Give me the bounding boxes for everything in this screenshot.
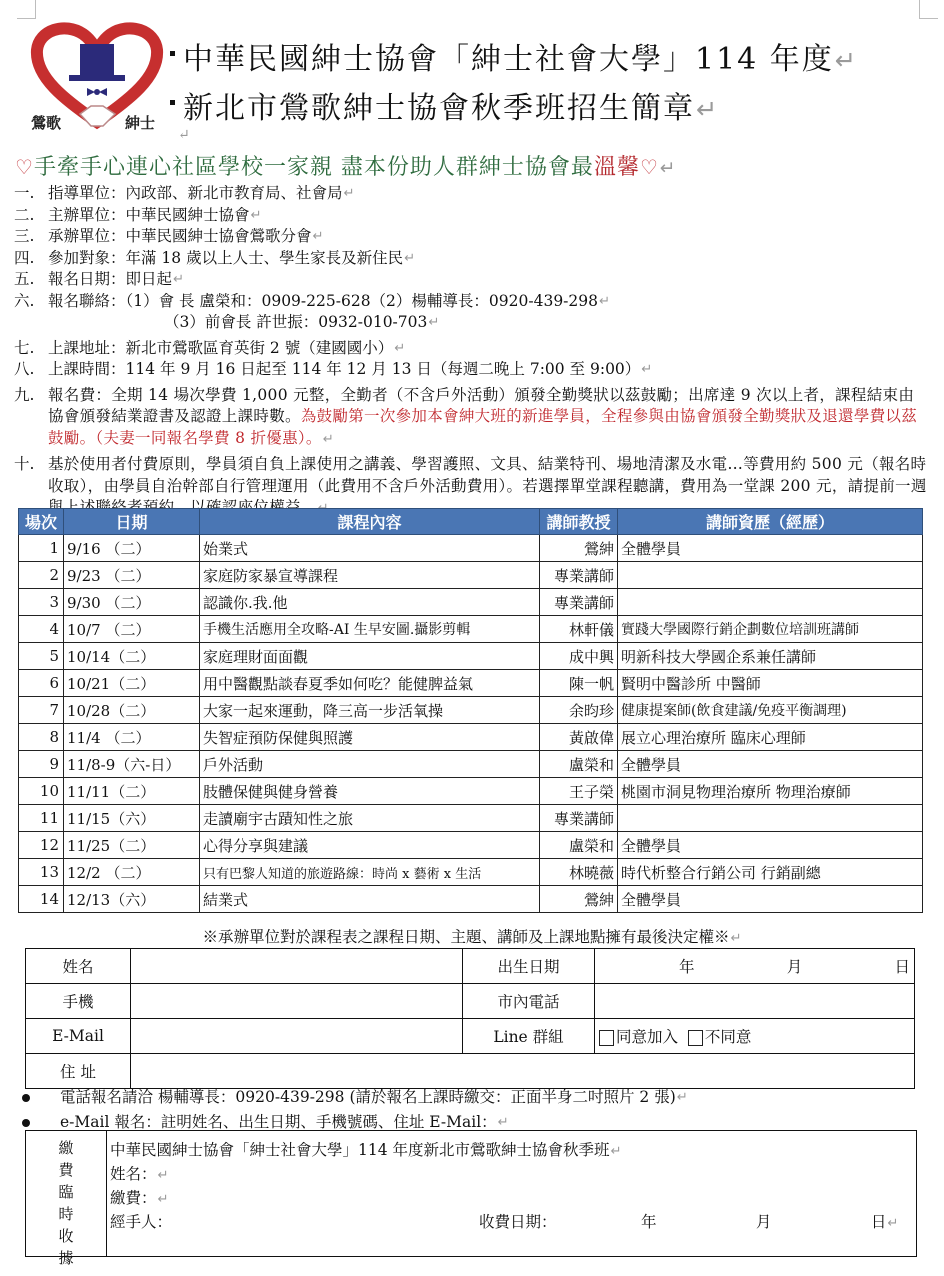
- table-row: 39/30 （二）認識你.我.他專業講師: [19, 589, 923, 616]
- table-row: 19/16 （二）始業式鶯紳全體學員: [19, 535, 923, 562]
- mobile-field[interactable]: [131, 984, 463, 1019]
- svg-text:紳士: 紳士: [124, 114, 155, 132]
- table-row: 1011/11（二）肢體保健與健身營養王子榮桃園市洞見物理治療所 物理治療師: [19, 778, 923, 805]
- info-item-guiding-unit: 一.指導單位：內政部、新北市教育局、社會局↵: [14, 183, 934, 205]
- page-corner-mark-right: [919, 0, 938, 19]
- receipt-date-field[interactable]: 收費日期： 年 月 日↵: [479, 1211, 898, 1235]
- line-group-label: Line 群組: [463, 1019, 595, 1054]
- table-row: 29/23 （二）家庭防家暴宣導課程專業講師: [19, 562, 923, 589]
- info-item-schedule-time: 八.上課時間：114 年 9 月 16 日起至 114 年 12 月 13 日（…: [14, 359, 934, 381]
- course-schedule-table: 場次 日期 課程內容 講師教授 講師資歷（經歷） 19/16 （二）始業式鶯紳全…: [18, 508, 923, 913]
- landline-label: 市內電話: [463, 984, 595, 1019]
- receipt-fee-field[interactable]: 繳費：↵: [110, 1187, 916, 1211]
- birthdate-field[interactable]: 年月日: [595, 949, 915, 984]
- column-header-teacher: 講師教授: [540, 509, 618, 535]
- table-row: 710/28（二）大家一起來運動，降三高一步活氧操余昀珍健康提案師(飲食建議/免…: [19, 697, 923, 724]
- table-row: 911/8-9（六-日）戶外活動盧榮和全體學員: [19, 751, 923, 778]
- info-item-eligibility: 四.參加對象：年滿 18 歲以上人士、學生家長及新住民↵: [14, 248, 934, 270]
- registration-form: 姓名 出生日期 年月日 手機 市內電話 E-Mail Line 群組 同意加入 …: [25, 948, 915, 1089]
- info-item-organizer: 三.承辦單位：中華民國紳士協會鶯歌分會↵: [14, 226, 934, 248]
- column-header-course: 課程內容: [200, 509, 540, 535]
- table-row: 410/7 （二）手機生活應用全攻略-AI 生早安圖.攝影剪輯林軒儀實踐大學國際…: [19, 616, 923, 643]
- page-title-line-2: 新北市鶯歌紳士協會秋季班招生簡章↵: [170, 83, 719, 127]
- receipt-name-field[interactable]: 姓名：↵: [110, 1163, 916, 1187]
- landline-field[interactable]: [595, 984, 915, 1019]
- association-logo: 鶯歌 紳士: [25, 22, 170, 137]
- top-hat-icon: [80, 44, 114, 77]
- receipt-side-label: 繳 費 臨 時 收 據: [26, 1131, 107, 1256]
- table-row: 1111/15（六）走讀廟宇古蹟知性之旅專業講師: [19, 805, 923, 832]
- table-row: 1412/13（六）結業式鶯紳全體學員: [19, 886, 923, 913]
- address-label: 住 址: [26, 1054, 131, 1089]
- program-info-list: 一.指導單位：內政部、新北市教育局、社會局↵ 二.主辦單位：中華民國紳士協會↵ …: [14, 183, 934, 520]
- birthdate-label: 出生日期: [463, 949, 595, 984]
- table-header-row: 場次 日期 課程內容 講師教授 講師資歷（經歷）: [19, 509, 923, 535]
- info-item-contacts-line2: （3）前會長 許世振：0932-010-703↵: [14, 312, 934, 334]
- svg-text:鶯歌: 鶯歌: [31, 114, 61, 132]
- info-item-fee: 九.報名費：全期 14 場次學費 1,000 元整，全勤者（不含戶外活動）頒發全…: [14, 385, 934, 451]
- agree-checkbox[interactable]: [599, 1030, 614, 1046]
- column-header-date: 日期: [64, 509, 200, 535]
- info-item-registration-date: 五.報名日期：即日起↵: [14, 269, 934, 291]
- table-row: 510/14（二）家庭理財面面觀成中興明新科技大學國企系兼任講師: [19, 643, 923, 670]
- registration-methods: 電話報名請洽 楊輔導長：0920-439-298 (請於報名上課時繳交：正面半身…: [22, 1085, 688, 1135]
- mobile-label: 手機: [26, 984, 131, 1019]
- name-label: 姓名: [26, 949, 131, 984]
- table-row: 610/21（二）用中醫觀點談春夏季如何吃？能健脾益氣陳一帆賢明中醫診所 中醫師: [19, 670, 923, 697]
- temporary-fee-receipt: 繳 費 臨 時 收 據 中華民國紳士協會「紳士社會大學」114 年度新北市鶯歌紳…: [25, 1130, 917, 1257]
- info-item-host-unit: 二.主辦單位：中華民國紳士協會↵: [14, 205, 934, 227]
- page-title-line-1: 中華民國紳士協會「紳士社會大學」114 年度↵: [170, 34, 858, 78]
- receipt-title: 中華民國紳士協會「紳士社會大學」114 年度新北市鶯歌紳士協會秋季班↵: [110, 1139, 916, 1163]
- table-row: 811/4 （二）失智症預防保健與照護黃啟偉展立心理治療所 臨床心理師: [19, 724, 923, 751]
- heart-icon: ♡: [15, 155, 34, 179]
- slogan: ♡手牽手心連心社區學校一家親 盡本份助人群紳士協會最溫馨♡↵: [15, 150, 677, 181]
- table-row: 1211/25（二）心得分享與建議盧榮和全體學員: [19, 832, 923, 859]
- organizer-rights-notice: ※承辦單位對於課程表之課程日期、主題、講師及上課地點擁有最後決定權※↵: [0, 925, 944, 947]
- info-item-contacts: 六.報名聯絡：（1）會 長 盧榮和：0909-225-628（2）楊輔導長：09…: [14, 291, 934, 313]
- paragraph-mark: ↵: [178, 127, 190, 143]
- page-corner-mark-left: [17, 0, 36, 19]
- email-label: E-Mail: [26, 1019, 131, 1054]
- name-field[interactable]: [131, 949, 463, 984]
- heart-icon: ♡: [640, 155, 659, 179]
- address-field[interactable]: [131, 1054, 915, 1089]
- table-row: 1312/2 （二）只有巴黎人知道的旅遊路線：時尚 x 藝術 x 生活林曉薇時代…: [19, 859, 923, 886]
- disagree-checkbox[interactable]: [688, 1030, 703, 1046]
- email-field[interactable]: [131, 1019, 463, 1054]
- phone-registration-note: 電話報名請洽 楊輔導長：0920-439-298 (請於報名上課時繳交：正面半身…: [22, 1085, 688, 1110]
- column-header-bio: 講師資歷（經歷）: [618, 509, 923, 535]
- line-group-options: 同意加入 不同意: [595, 1019, 915, 1054]
- info-item-address: 七.上課地址：新北市鶯歌區育英街 2 號（建國國小）↵: [14, 338, 934, 360]
- column-header-session: 場次: [19, 509, 64, 535]
